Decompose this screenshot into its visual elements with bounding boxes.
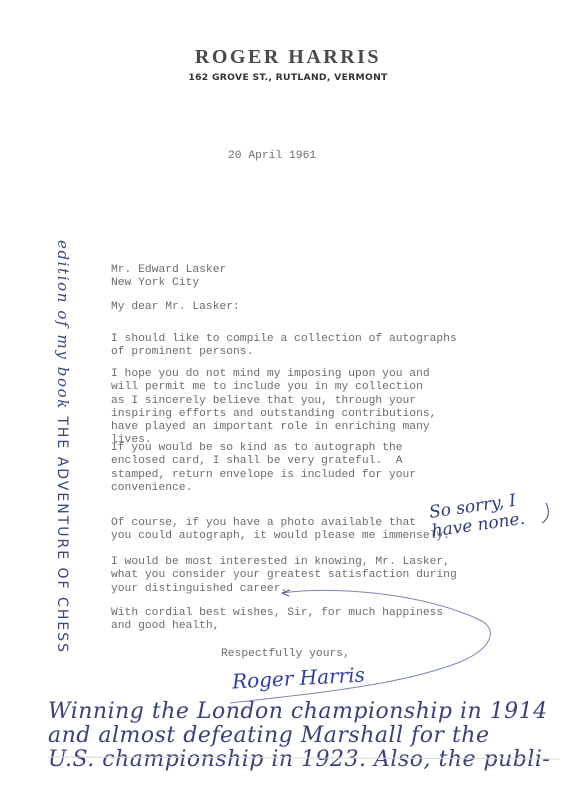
letterhead-address: 162 GROVE ST., RUTLAND, VERMONT [0,72,576,83]
paragraph-card: If you would be so kind as to autograph … [111,442,416,495]
paragraph-wishes: With cordial best wishes, Sir, for much … [111,607,443,634]
paragraph-photo: Of course, if you have a photo available… [111,517,450,544]
margin-note-book-title: THE ADVENTURE OF CHESS [54,416,70,654]
paragraph-intro: I should like to compile a collection of… [111,333,457,360]
paragraph-question: I would be most interested in knowing, M… [111,556,457,596]
handwritten-sorry-note: So sorry, I have none. [428,491,526,542]
letter-date: 20 April 1961 [228,150,316,163]
salutation: My dear Mr. Lasker: [111,301,240,314]
recipient-address: Mr. Edward Lasker New York City [111,264,226,291]
margin-note-vertical: edition of my book THE ADVENTURE OF CHES… [54,240,72,654]
handwritten-answer: Winning the London championship in 1914 … [48,700,550,772]
margin-note-lower: edition of my book [54,240,72,416]
signature: Roger Harris [231,663,365,694]
letterhead-name: ROGER HARRIS [0,46,576,69]
closing: Respectfully yours, [221,648,350,661]
paragraph-request: I hope you do not mind my imposing upon … [111,368,436,448]
